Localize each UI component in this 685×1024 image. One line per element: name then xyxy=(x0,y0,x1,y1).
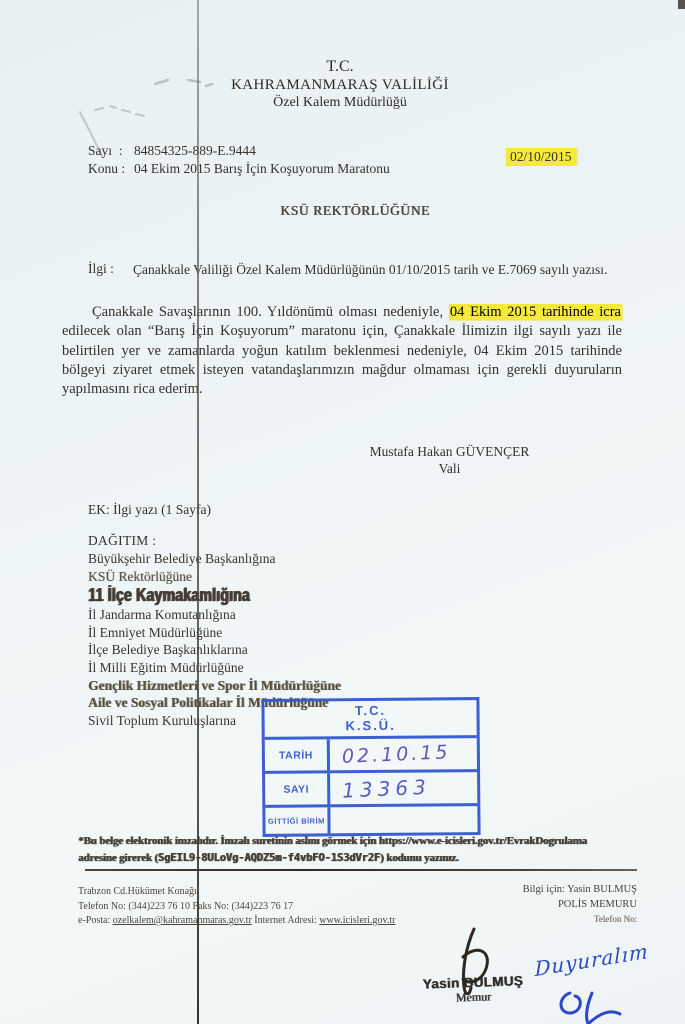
konu-value: 04 Ekim 2015 Barış İçin Koşuyorum Marato… xyxy=(134,160,390,178)
stamp-birim-label: GİTTİĞİ BİRİM xyxy=(265,807,330,834)
distribution-item: İl Milli Eğitim Müdürlüğüne xyxy=(88,659,341,677)
recipient-line: KSÜ REKTÖRLÜĞÜNE xyxy=(170,203,540,219)
contact-title: POLİS MEMURU xyxy=(523,898,637,913)
distribution-label: DAĞITIM : xyxy=(88,533,156,549)
stamp-tarih-row: TARİH 02.10.15 xyxy=(265,738,477,774)
letterhead-org: KAHRAMANMARAŞ VALİLİĞİ xyxy=(150,76,530,94)
footer-contact-left: Trabzon Cd.Hükümet Konağı Telefon No: (3… xyxy=(78,885,395,929)
signer-name: Mustafa Hakan GÜVENÇER xyxy=(352,443,547,460)
document-date-highlighted: 02/10/2015 xyxy=(506,148,576,166)
reference-text: Çanakkale Valiliği Özel Kalem Müdürlüğün… xyxy=(133,261,641,279)
scan-corner-artifact xyxy=(678,0,685,9)
handwritten-date: 02.10.15 xyxy=(329,741,450,768)
distribution-item: 11 İlçe Kaymakamlığına xyxy=(88,583,326,609)
clerk-stamp: Yasin BULMUŞ Memur xyxy=(418,973,529,1007)
footer-divider-line xyxy=(85,869,637,871)
footer-address: Trabzon Cd.Hükümet Konağı xyxy=(78,885,395,900)
handwritten-annotation: Duyuralım xyxy=(534,939,648,981)
footer-phone: Telefon No: (344)223 76 10 Faks No: (344… xyxy=(78,900,395,915)
fold-crease-line xyxy=(197,0,199,1024)
esignature-note: *Bu belge elektronik imzalıdır. İmzalı s… xyxy=(78,833,643,866)
footer-contact-right: Bilgi için: Yasin BULMUŞ POLİS MEMURU Te… xyxy=(523,883,637,927)
signer-block: Mustafa Hakan GÜVENÇER Vali xyxy=(352,443,547,477)
email-label: e-Posta: xyxy=(78,915,110,926)
esignature-line2: adresine girerek (SgEIL9-8ULoVg-AQDZ5m-f… xyxy=(78,850,643,867)
konu-row: Konu : 04 Ekim 2015 Barış İçin Koşuyorum… xyxy=(88,160,390,178)
signer-title: Vali xyxy=(352,460,547,477)
sayi-value: 84854325-889-E.9444 xyxy=(134,142,256,160)
distribution-item: İlçe Belediye Başkanlıklarına xyxy=(88,641,341,659)
stamp-birim-row: GİTTİĞİ BİRİM xyxy=(265,806,477,834)
esignature-line2-post: ) kodunu yazınız. xyxy=(380,852,458,864)
reference-label: İlgi : xyxy=(88,261,114,277)
contact-person: Bilgi için: Yasin BULMUŞ xyxy=(523,883,637,898)
verification-code: SgEIL9-8ULoVg-AQDZ5m-f4vbFO-1S3dVr2F xyxy=(158,852,380,864)
letterhead-tc: T.C. xyxy=(150,58,530,76)
approval-signature xyxy=(548,985,633,1024)
footer-online: e-Posta: ozelkalem@kahramanmaras.gov.tr … xyxy=(78,914,395,929)
stamp-tarih-value: 02.10.15 xyxy=(330,738,477,770)
email-address: ozelkalem@kahramanmaras.gov.tr xyxy=(113,915,252,926)
letterhead: T.C. KAHRAMANMARAŞ VALİLİĞİ Özel Kalem M… xyxy=(150,58,530,112)
document-meta: Sayı : 84854325-889-E.9444 Konu : 04 Eki… xyxy=(88,142,390,177)
distribution-item: Gençlik Hizmetleri ve Spor İl Müdürlüğün… xyxy=(88,677,341,695)
stamp-org-line2: K.S.Ü. xyxy=(265,717,477,734)
distribution-item: İl Emniyet Müdürlüğüne xyxy=(88,624,341,642)
web-address: www.icisleri.gov.tr xyxy=(319,915,395,926)
letterhead-dept: Özel Kalem Müdürlüğü xyxy=(150,94,530,112)
web-label: İnternet Adresi: xyxy=(254,915,316,926)
handwritten-number: 13363 xyxy=(330,774,432,802)
stamp-header: T.C. K.S.Ü. xyxy=(264,700,476,740)
body-highlighted-phrase: 04 Ekim 2015 tarihinde icra xyxy=(449,304,622,320)
body-post: edilecek olan “Barış İçin Koşuyorum” mar… xyxy=(62,323,622,397)
ksu-registry-stamp: T.C. K.S.Ü. TARİH 02.10.15 SAYI 13363 Gİ… xyxy=(261,697,480,837)
esignature-line2-pre: adresine girerek ( xyxy=(78,852,158,864)
distribution-item: Büyükşehir Belediye Başkanlığına xyxy=(88,550,341,568)
stamp-birim-value xyxy=(330,806,477,833)
distribution-item: İl Jandarma Komutanlığına xyxy=(88,606,341,624)
stamp-tarih-label: TARİH xyxy=(265,739,330,771)
stamp-sayi-label: SAYI xyxy=(265,773,330,805)
sayi-row: Sayı : 84854325-889-E.9444 xyxy=(88,142,390,160)
stamp-sayi-row: SAYI 13363 xyxy=(265,772,477,808)
attachment-line: EK: İlgi yazı (1 Sayfa) xyxy=(88,502,211,518)
scanned-letter-page: T.C. KAHRAMANMARAŞ VALİLİĞİ Özel Kalem M… xyxy=(0,0,685,1024)
sayi-label: Sayı : xyxy=(88,142,134,160)
contact-phone-label: Telefon No: xyxy=(523,912,637,927)
stamp-sayi-value: 13363 xyxy=(330,772,477,804)
body-pre: Çanakkale Savaşlarının 100. Yıldönümü ol… xyxy=(92,304,449,320)
body-paragraph: Çanakkale Savaşlarının 100. Yıldönümü ol… xyxy=(62,303,622,399)
konu-label: Konu : xyxy=(88,160,134,178)
